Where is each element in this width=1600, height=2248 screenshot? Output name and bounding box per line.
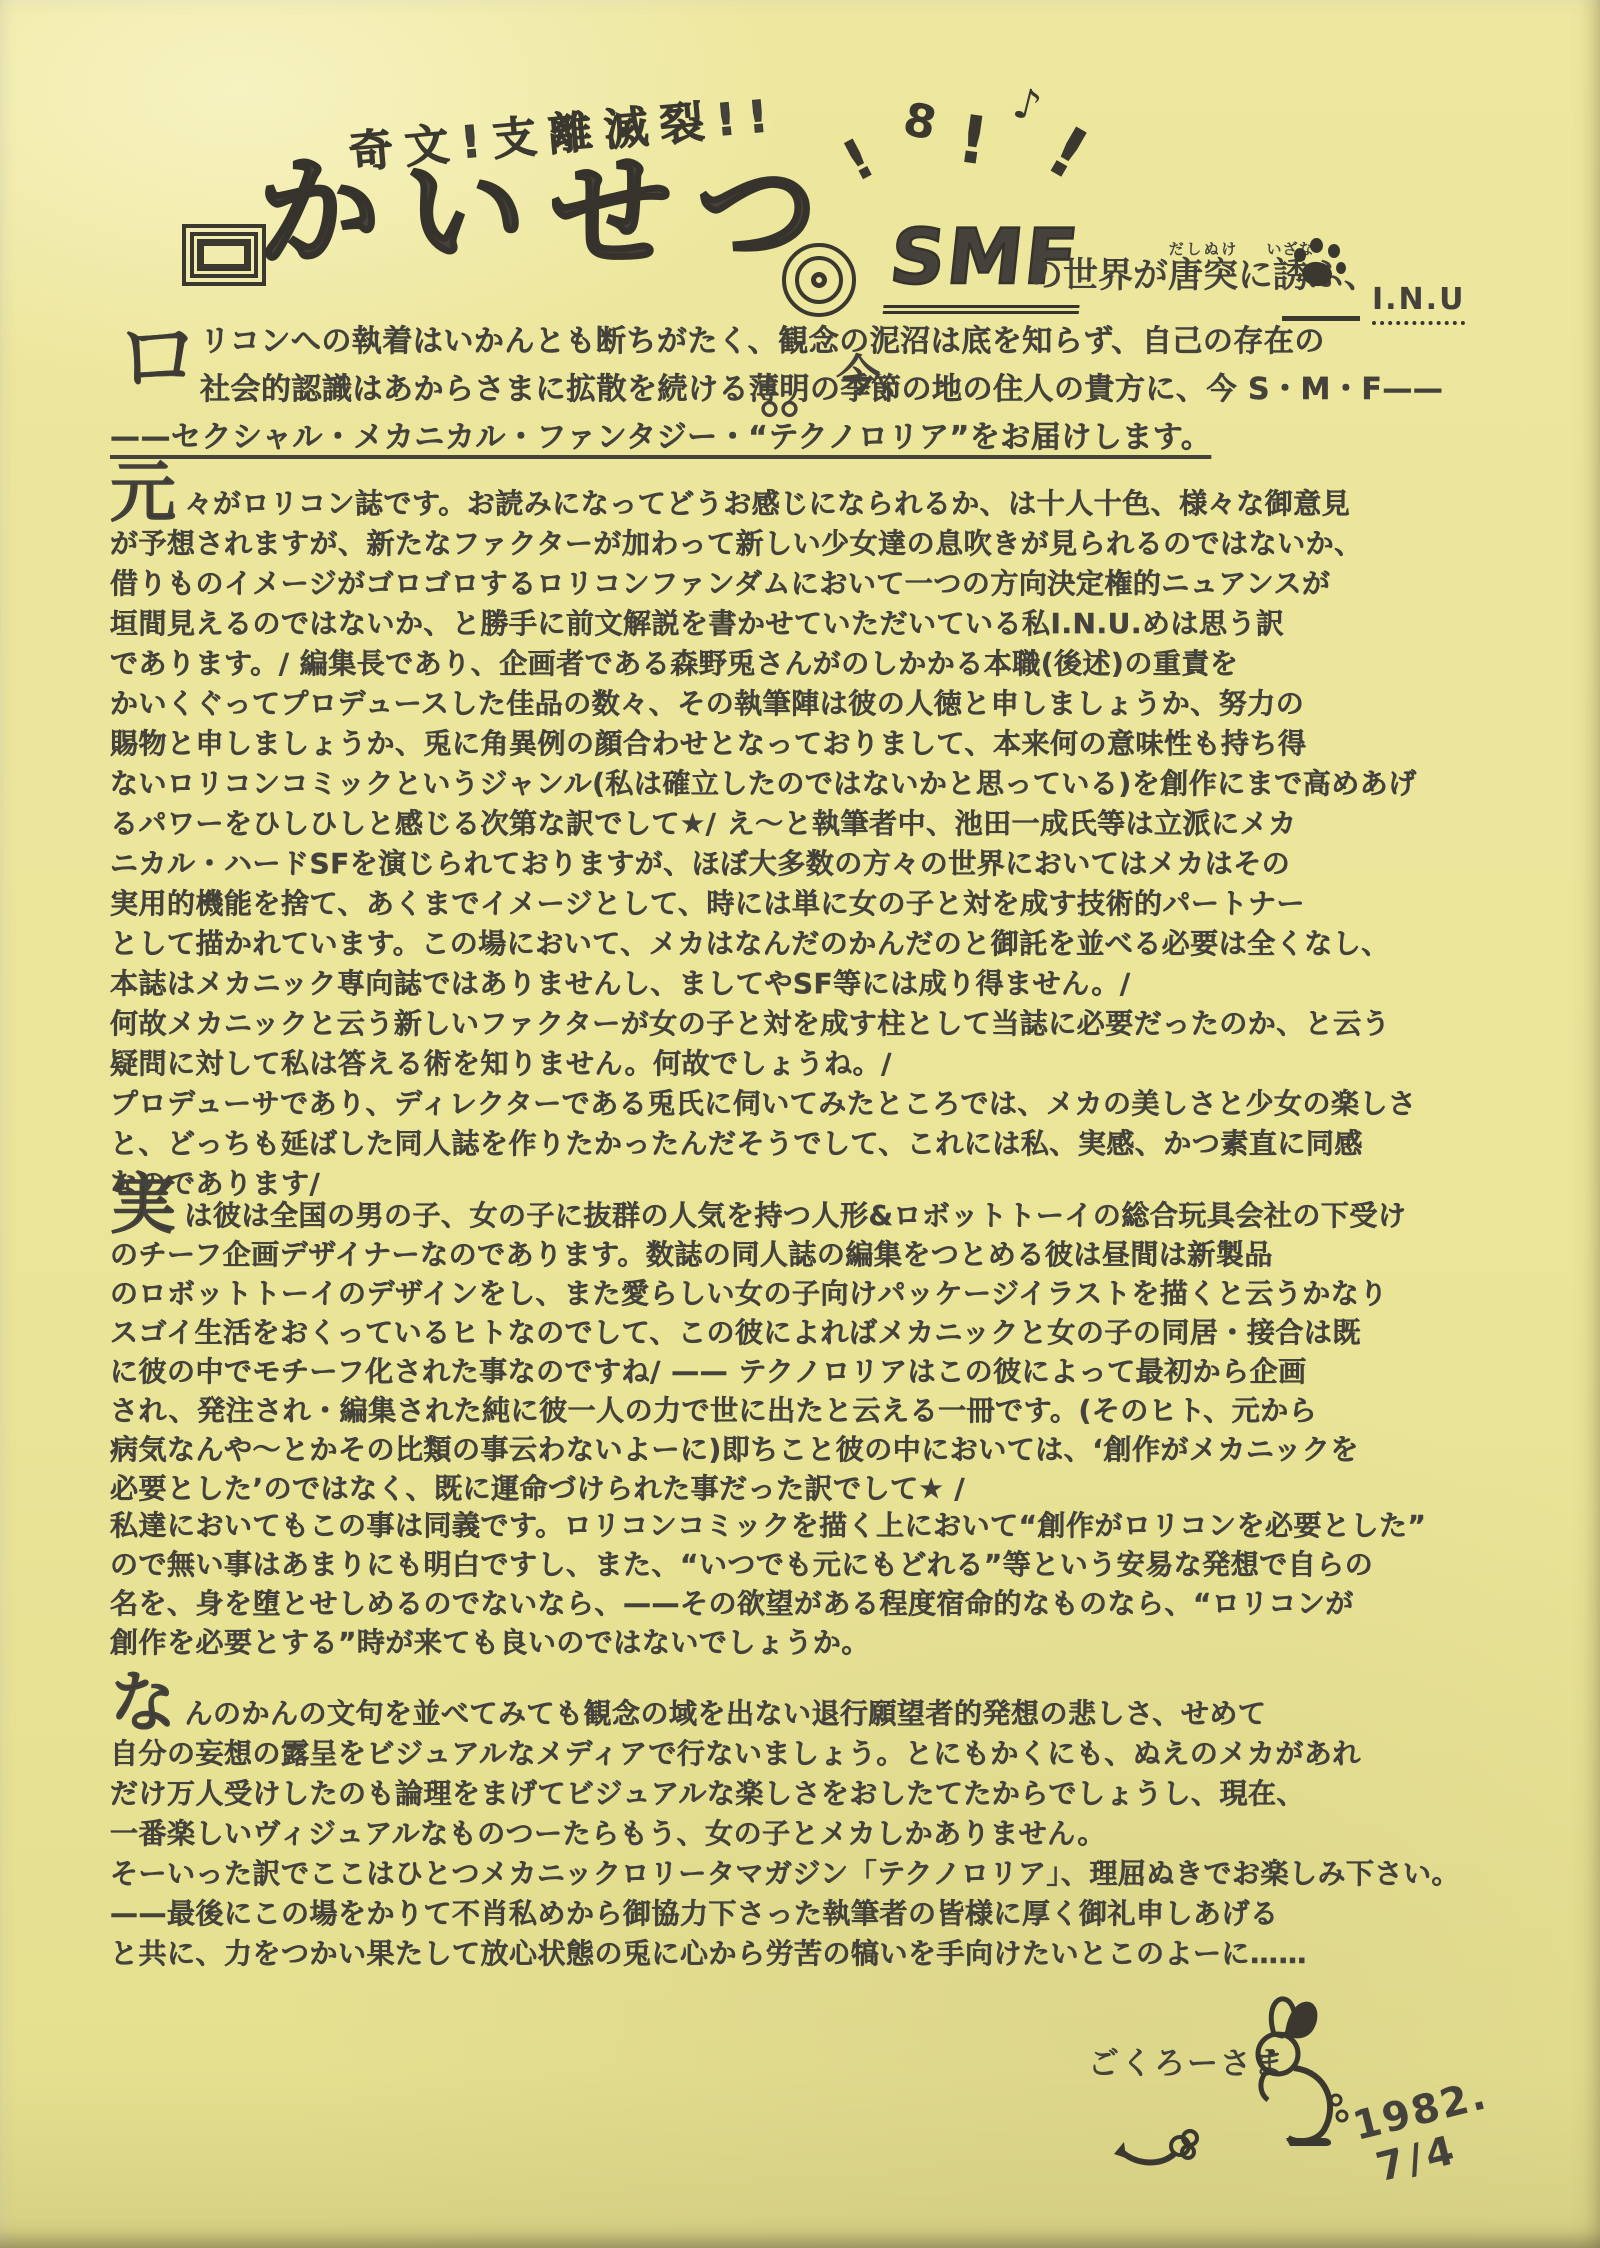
text-line-underlined: ——セクシャル・メカニカル・ファンタジー・“テクノロリア”をお届けします。 bbox=[110, 414, 1512, 462]
text-line: かいくぐってプロデュースした佳品の数々、その執筆陣は彼の人徳と申しましょうか、努… bbox=[110, 684, 1512, 724]
text-line: スゴイ生活をおくっているヒトなのでして、この彼によればメカニックと女の子の同居・… bbox=[110, 1313, 1512, 1352]
dropcap-moto: 元 bbox=[110, 468, 177, 516]
exclamation-notes-decoration: ! 8 ! ♪ ! bbox=[846, 88, 1146, 228]
text-line: ので無い事はあまりにも明白ですし、また、“いつでも元にもどれる”等という安易な発… bbox=[110, 1545, 1512, 1584]
paragraph-closing: な んのかんの文句を並べてみても観念の域を出ない退行願望者的発想の悲しさ、せめて… bbox=[110, 1694, 1512, 1974]
text-line: 私達においてもこの事は同義です。ロリコンコミックを描く上において“創作がロリコン… bbox=[110, 1506, 1512, 1545]
text-line: 必要とした’のではなく、既に運命づけられた事だった訳でして★ / bbox=[110, 1469, 1512, 1508]
text-line: が予想されますが、新たなファクターが加わって新しい少女達の息吹きが見られるのでは… bbox=[110, 524, 1512, 564]
concentric-squares-icon bbox=[182, 224, 266, 286]
text-line: だけ万人受けしたのも論理をまげてビジュアルな楽しさをおしたてたからでしょうし、現… bbox=[110, 1774, 1512, 1814]
exclamation-mark: ! bbox=[1034, 110, 1103, 197]
ruby-totsuzen: 唐突だしぬけ bbox=[1168, 256, 1238, 296]
page-title: かいせつ bbox=[258, 152, 842, 274]
text-line: 名を、身を堕とせしめるのでないなら、——その欲望がある程度宿命的なものなら、“ロ… bbox=[110, 1584, 1512, 1623]
dropcap-ro: ロ bbox=[112, 316, 194, 408]
concentric-circles-icon bbox=[782, 243, 856, 317]
text-line: 本誌はメカニック専向誌ではありませんし、ましてやSF等には成り得ません。/ bbox=[110, 964, 1512, 1004]
paw-print-icon bbox=[1292, 238, 1348, 290]
text-line: 垣間見えるのではないか、と勝手に前文解説を書かせていただいている私I.N.U.め… bbox=[110, 604, 1512, 644]
text-line: は彼は全国の男の子、女の子に抜群の人気を持つ人形&ロボットトーイの総合玩具会社の… bbox=[110, 1196, 1512, 1235]
furigana: だしぬけ bbox=[1168, 240, 1238, 258]
text-line: であります。/ 編集長であり、企画者である森野兎さんがのしかかる本職(後述)の重… bbox=[110, 644, 1512, 684]
paragraph-main: 元 々がロリコン誌です。お読みになってどうお感じになられるか、は十人十色、様々な… bbox=[110, 484, 1512, 1204]
paragraph-about-editor: 実 は彼は全国の男の子、女の子に抜群の人気を持つ人形&ロボットトーイの総合玩具会… bbox=[110, 1196, 1512, 1508]
text-line: と、どっちも延ばした同人誌を作りたかったんだそうでして、これには私、実感、かつ素… bbox=[110, 1124, 1512, 1164]
dropcap-jitsu: 実 bbox=[110, 1180, 177, 1228]
title-block: 奇文!支離滅裂!! かいせつ 。。 今、 ! 8 ! ♪ ! SMF の世界が唐… bbox=[0, 0, 1600, 340]
text-line: のロボットトーイのデザインをし、また愛らしい女の子向けパッケージイラストを描くと… bbox=[110, 1274, 1512, 1313]
text-line: るパワーをひしひしと感じる次第な訳でして★/ え〜と執筆者中、池田一成氏等は立派… bbox=[110, 804, 1512, 844]
text-line: 疑問に対して私は答える術を知りません。何故でしょうね。/ bbox=[110, 1044, 1512, 1084]
text-line: と共に、力をつかい果たして放心状態の兎に心から労苦の犒いを手向けたいとこのよーに… bbox=[110, 1934, 1512, 1974]
dropcap-na: な bbox=[110, 1678, 177, 1726]
text-line: そーいった訳でここはひとつメカニックロリータマガジン「テクノロリア」、理屈ぬきで… bbox=[110, 1854, 1512, 1894]
exclamation-mark: ! bbox=[953, 100, 994, 180]
text-line: 自分の妄想の露呈をビジュアルなメディアで行ないましょう。とにもかくにも、ぬえのメ… bbox=[110, 1734, 1512, 1774]
text-line: され、発注され・編集された純に彼一人の力で世に出たと云える一冊です。(そのヒト、… bbox=[110, 1391, 1512, 1430]
text-line: プロデューサであり、ディレクターである兎氏に伺いてみたところでは、メカの美しさと… bbox=[110, 1084, 1512, 1124]
text-line: 何故メカニックと云う新しいファクターが女の子と対を成す柱として当誌に必要だったの… bbox=[110, 1004, 1512, 1044]
scanned-page: 奇文!支離滅裂!! かいせつ 。。 今、 ! 8 ! ♪ ! SMF の世界が唐… bbox=[0, 0, 1600, 2248]
text-line: 一番楽しいヴィジュアルなものつーたらもう、女の子とメカしかありません。 bbox=[110, 1814, 1512, 1854]
rabbit-doodle-icon bbox=[1236, 1988, 1356, 2164]
subtitle-pre: の世界が bbox=[1028, 256, 1168, 296]
squiggle-mark: 8 bbox=[899, 91, 942, 150]
music-note-icon: ♪ bbox=[1008, 77, 1046, 131]
text-line: んのかんの文句を並べてみても観念の域を出ない退行願望者的発想の悲しさ、せめて bbox=[110, 1694, 1512, 1734]
text-line: として描かれています。この場において、メカはなんだのかんだのと御託を並べる必要は… bbox=[110, 924, 1512, 964]
text-line: リコンへの執着はいかんとも断ちがたく、観念の泥沼は底を知らず、自己の存在の bbox=[110, 318, 1512, 366]
paragraph-watashitachi: 私達においてもこの事は同義です。ロリコンコミックを描く上において“創作がロリコン… bbox=[110, 1506, 1512, 1662]
text-line: 々がロリコン誌です。お読みになってどうお感じになられるか、は十人十色、様々な御意… bbox=[110, 484, 1512, 524]
text-line: 創作を必要とする”時が来ても良いのではないでしょうか。 bbox=[110, 1623, 1512, 1662]
text-line: 賜物と申しましょうか、兎に角異例の顔合わせとなっておりまして、本来何の意味性も持… bbox=[110, 724, 1512, 764]
text-line: 病気なんや〜とかその比類の事云わないよーに)即ちこと彼の中においては、‘創作がメ… bbox=[110, 1430, 1512, 1469]
text-line: 社会的認識はあからさまに拡散を続ける薄明の季節の地の住人の貴方に、今 S・M・F… bbox=[110, 366, 1512, 414]
text-line: のチーフ企画デザイナーなのであります。数誌の同人誌の編集をつとめる彼は昼間は新製… bbox=[110, 1235, 1512, 1274]
text-line: 借りものイメージがゴロゴロするロリコンファンダムにおいて一つの方向決定権的ニュア… bbox=[110, 564, 1512, 604]
text-line: 実用的機能を捨て、あくまでイメージとして、時には単に女の子と対を成す技術的パート… bbox=[110, 884, 1512, 924]
text-line: ないロリコンコミックというジャンル(私は確立したのではないかと思っている)を創作… bbox=[110, 764, 1512, 804]
text-line: に彼の中でモチーフ化された事なのですね/ —— テクノロリアはこの彼によって最初… bbox=[110, 1352, 1512, 1391]
text-line: ニカル・ハードSFを演じられておりますが、ほぼ大多数の方々の世界においてはメカは… bbox=[110, 844, 1512, 884]
paragraph-intro: ロ リコンへの執着はいかんとも断ちがたく、観念の泥沼は底を知らず、自己の存在の … bbox=[110, 318, 1512, 462]
hand-arrow-doodle-icon bbox=[1112, 2108, 1202, 2176]
text-line: ——最後にこの場をかりて不肖私めから御協力下さった執筆者の皆様に厚く御礼申しあげ… bbox=[110, 1894, 1512, 1934]
